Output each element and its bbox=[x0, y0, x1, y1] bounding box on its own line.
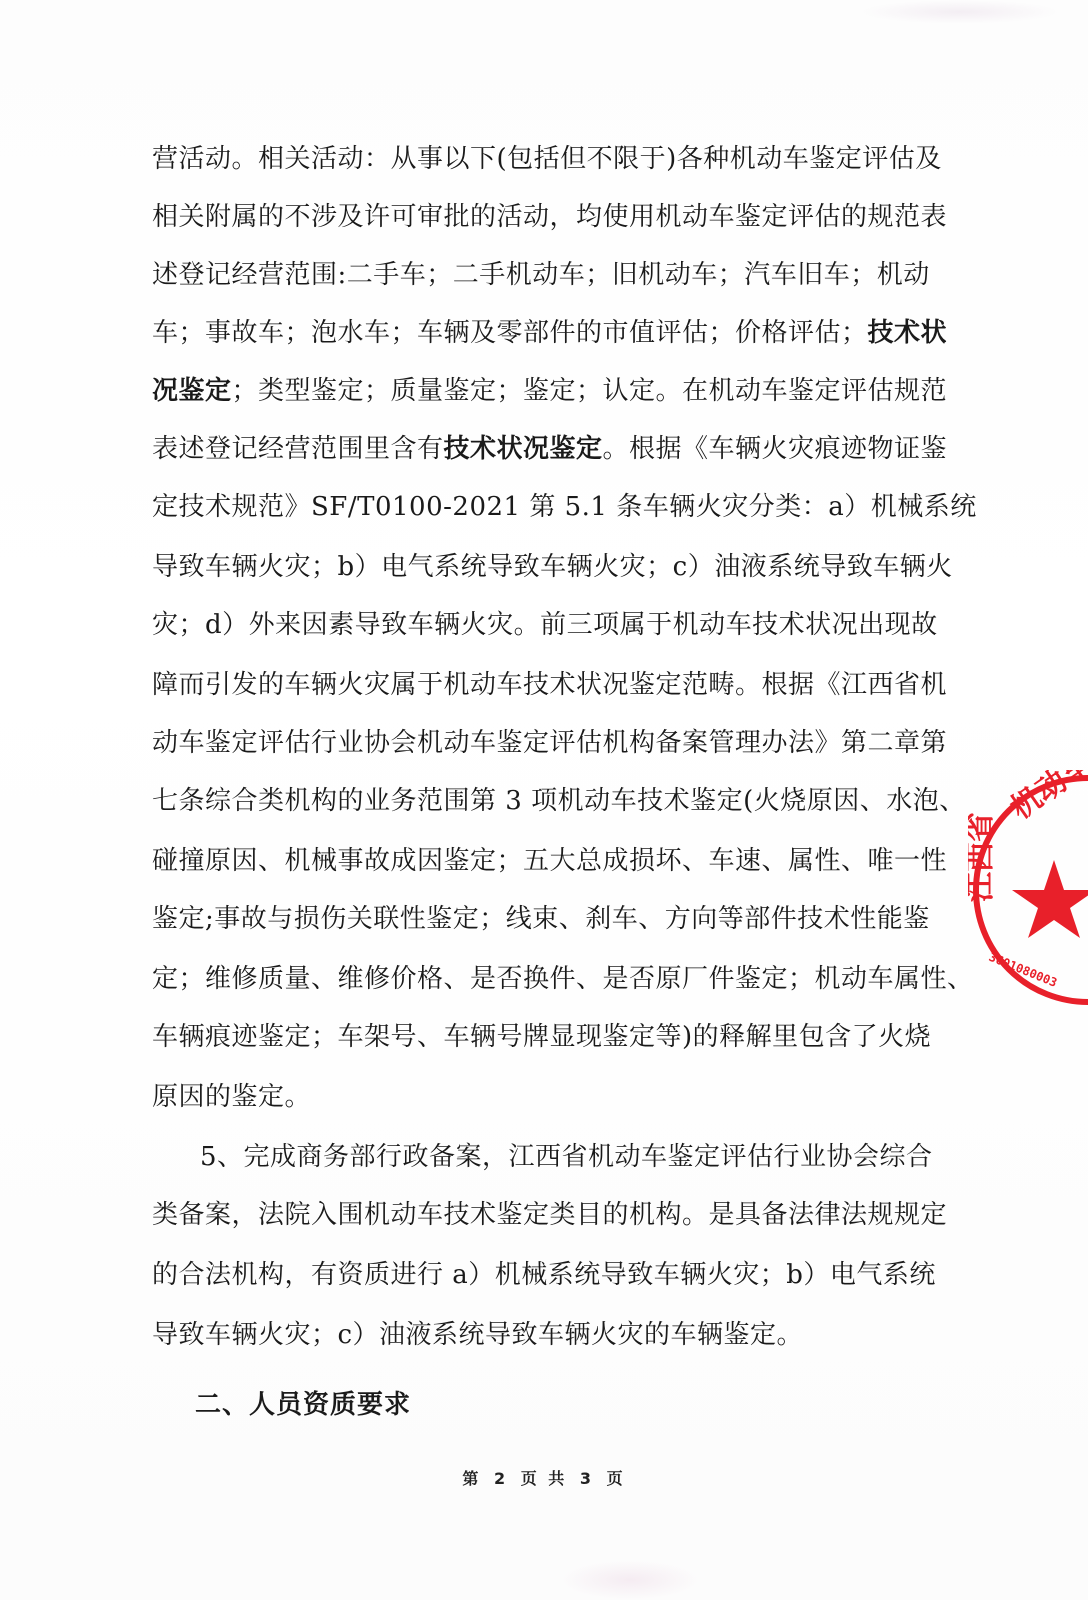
body-line-7: 定技术规范》SF/T0100-2021 第 5.1 条车辆火灾分类：a）机械系统 bbox=[152, 490, 912, 524]
body-line-4: 车；事故车；泡水车；车辆及零部件的市值评估；价格评估；技术状 bbox=[152, 316, 912, 350]
page-current: 2 bbox=[494, 1469, 508, 1488]
body-line-15: 定；维修质量、维修价格、是否换件、是否原厂件鉴定；机动车属性、 bbox=[152, 962, 912, 996]
body-line-3: 述登记经营范围:二手车；二手机动车；旧机动车；汽车旧车；机动 bbox=[152, 258, 912, 292]
scan-artifact bbox=[560, 1560, 700, 1600]
body-text: ；类型鉴定；质量鉴定；鉴定；认定。在机动车鉴定评估规范 bbox=[232, 376, 948, 406]
body-text: 表述登记经营范围里含有 bbox=[152, 434, 444, 464]
body-line-12: 七条综合类机构的业务范围第 3 项机动车技术鉴定(火烧原因、水泡、 bbox=[152, 784, 912, 818]
bold-emphasis: 况鉴定 bbox=[152, 376, 232, 406]
body-line-6: 表述登记经营范围里含有技术状况鉴定。根据《车辆火灾痕迹物证鉴 bbox=[152, 432, 912, 466]
body-line-5: 况鉴定；类型鉴定；质量鉴定；鉴定；认定。在机动车鉴定评估规范 bbox=[152, 374, 912, 408]
body-text: 。根据《车辆火灾痕迹物证鉴 bbox=[603, 434, 948, 464]
body-line-16: 车辆痕迹鉴定；车架号、车辆号牌显现鉴定等)的释解里包含了火烧 bbox=[152, 1020, 912, 1054]
body-line-10: 障而引发的车辆火灾属于机动车技术状况鉴定范畴。根据《江西省机 bbox=[152, 668, 912, 702]
scan-artifact bbox=[860, 0, 1060, 24]
page-total: 3 bbox=[580, 1469, 594, 1488]
svg-text:机动车鉴: 机动车鉴 bbox=[1005, 770, 1088, 827]
body-text: 车；事故车；泡水车；车辆及零部件的市值评估；价格评估； bbox=[152, 318, 868, 348]
bold-emphasis: 技术状 bbox=[868, 318, 948, 348]
body-line-9: 灾；d）外来因素导致车辆火灾。前三项属于机动车技术状况出现故 bbox=[152, 608, 912, 642]
item5-line-1: 5、完成商务部行政备案，江西省机动车鉴定评估行业协会综合 bbox=[200, 1140, 912, 1174]
svg-text:江西省: 江西省 bbox=[968, 812, 998, 902]
body-line-13: 碰撞原因、机械事故成因鉴定；五大总成损坏、车速、属性、唯一性 bbox=[152, 844, 912, 878]
body-line-17: 原因的鉴定。 bbox=[152, 1080, 912, 1114]
page-prefix: 第 bbox=[462, 1469, 481, 1488]
body-line-14: 鉴定;事故与损伤关联性鉴定；线束、刹车、方向等部件技术性能鉴 bbox=[152, 902, 912, 936]
official-seal-icon: 江西省 机动车鉴 3601080003 bbox=[968, 770, 1088, 1010]
page-number: 第 2 页 共 3 页 bbox=[0, 1466, 1088, 1489]
item5-line-2: 类备案，法院入围机动车技术鉴定类目的机构。是具备法律法规规定 bbox=[152, 1198, 912, 1232]
document-page: 营活动。相关活动：从事以下(包括但不限于)各种机动车鉴定评估及 相关附属的不涉及… bbox=[0, 0, 1088, 1600]
body-line-11: 动车鉴定评估行业协会机动车鉴定评估机构备案管理办法》第二章第 bbox=[152, 726, 912, 760]
body-line-2: 相关附属的不涉及许可审批的活动，均使用机动车鉴定评估的规范表 bbox=[152, 200, 912, 234]
page-suffix: 页 bbox=[607, 1469, 626, 1488]
body-line-1: 营活动。相关活动：从事以下(包括但不限于)各种机动车鉴定评估及 bbox=[152, 142, 912, 176]
item5-line-4: 导致车辆火灾；c）油液系统导致车辆火灾的车辆鉴定。 bbox=[152, 1318, 912, 1352]
page-mid: 页 共 bbox=[521, 1469, 568, 1488]
bold-emphasis: 技术状况鉴定 bbox=[444, 434, 603, 464]
body-line-8: 导致车辆火灾；b）电气系统导致车辆火灾；c）油液系统导致车辆火 bbox=[152, 550, 912, 584]
section-heading: 二、人员资质要求 bbox=[195, 1388, 411, 1422]
item5-line-3: 的合法机构，有资质进行 a）机械系统导致车辆火灾；b）电气系统 bbox=[152, 1258, 912, 1292]
